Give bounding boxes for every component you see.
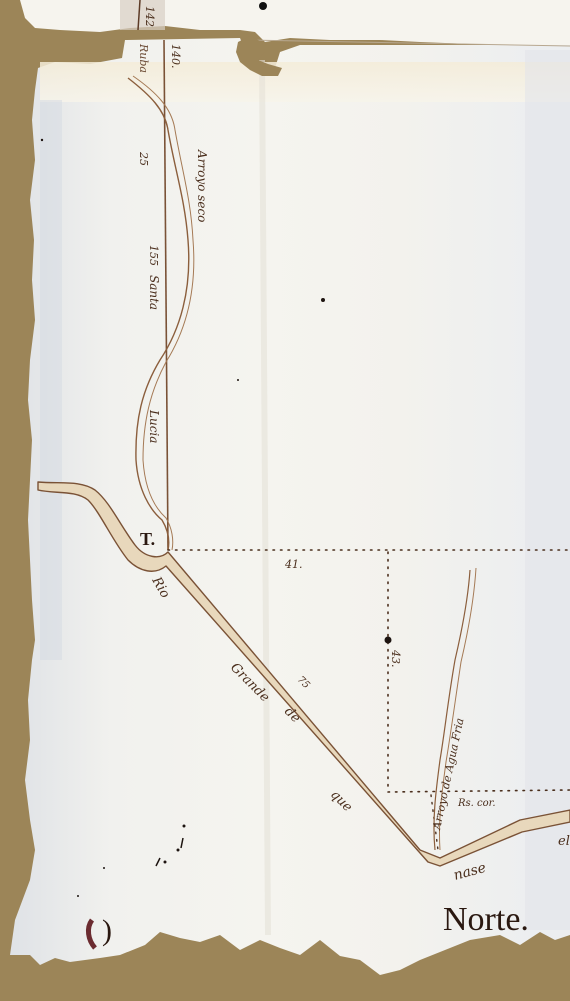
label-stream-number: 25 [137,151,150,166]
label-bearing-number: 155 [147,245,160,266]
top-warm-band [40,62,570,102]
label-vertical-distance: 43. [389,649,402,668]
label-bottom-fragment: ) [102,914,112,947]
left-shadow-crease [40,100,62,660]
right-shadow-crease [525,50,570,930]
label-dotted-distance: 41. [284,558,303,571]
label-corner-fragment: 142 [143,6,156,27]
label-stream-middle: Santa [147,275,161,310]
map-scan: 142 Ruba 140. Arroyo seco 25 155 Santa L… [0,0,570,1001]
label-margin-note: Ruba [137,43,150,73]
label-lower-dotted-note: Rs. cor. [457,798,496,809]
manuscript-map: 142 Ruba 140. Arroyo seco 25 155 Santa L… [0,0,570,1001]
label-stream-lower: Lucia [147,409,161,443]
ink-blot-top [259,2,267,10]
label-stream-upper: Arroyo seco [195,149,209,222]
label-top-number: 140. [169,44,182,69]
label-right-edge-fragment: el [558,834,570,849]
label-compass-direction: Norte. [443,901,529,938]
label-point-marker: T. [140,529,155,549]
survey-marker-dot [385,637,392,644]
corner-stained-fragment [120,0,165,30]
